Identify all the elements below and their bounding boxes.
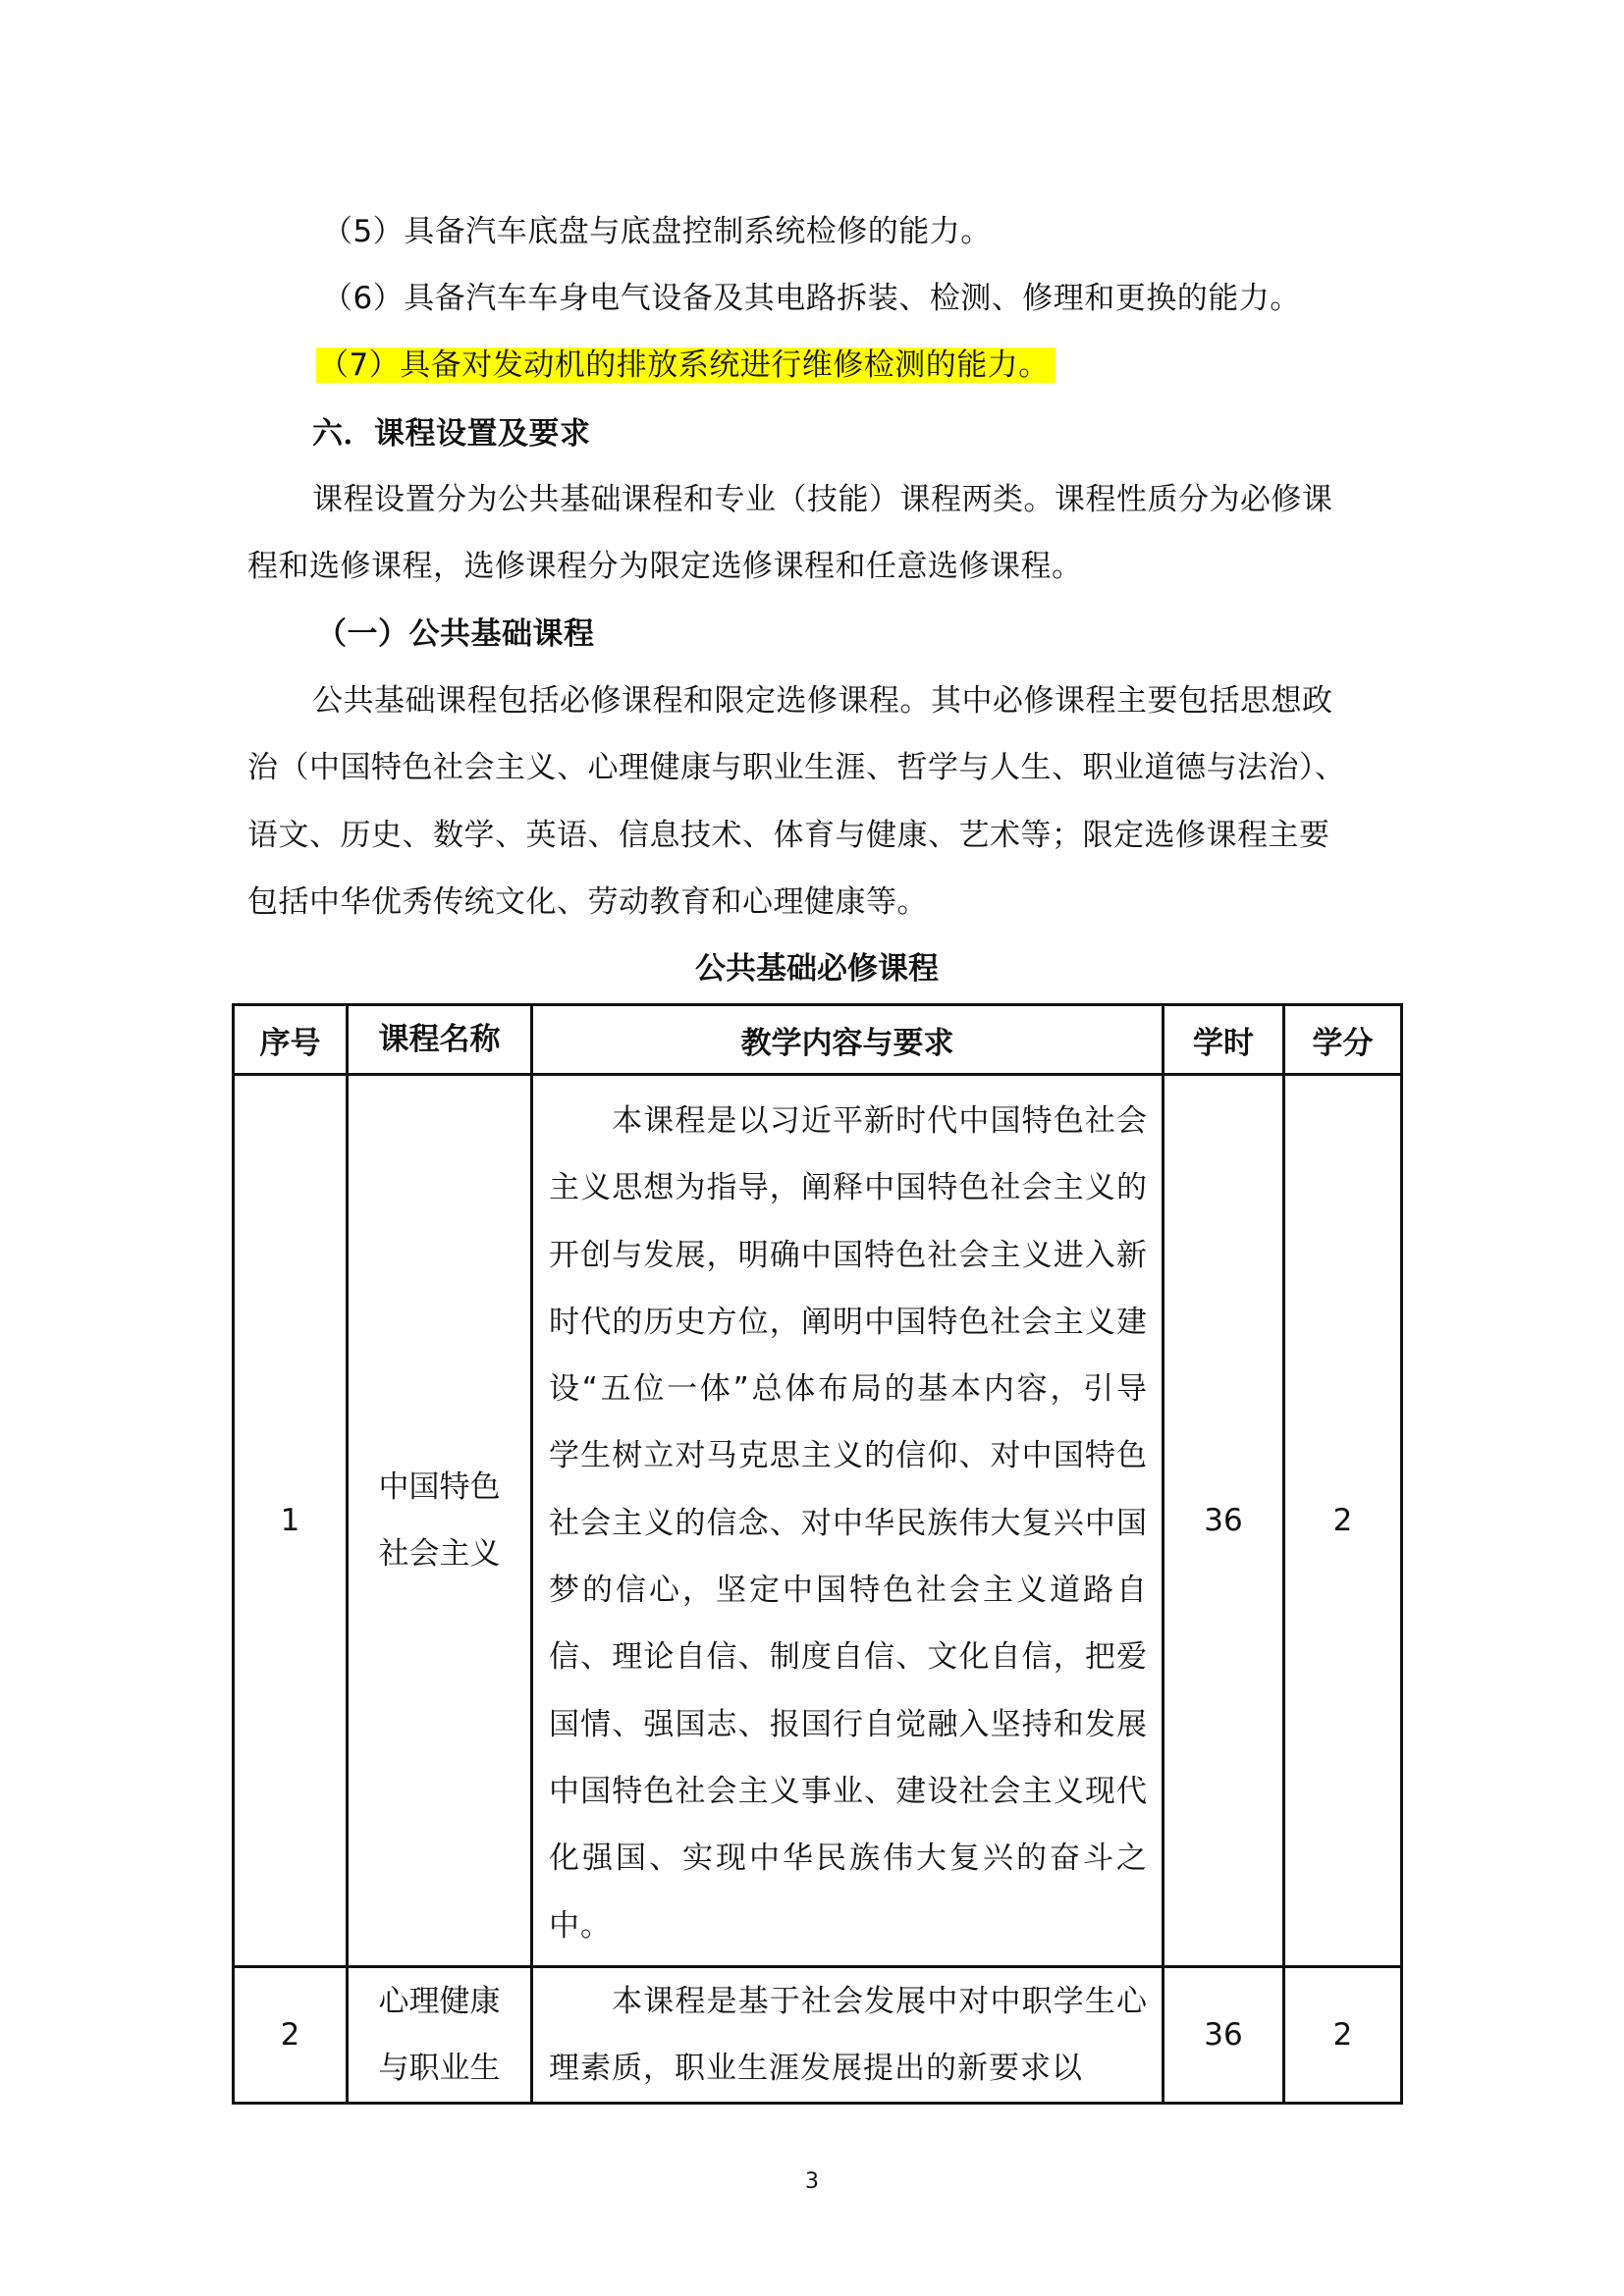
- table-row: 1 中国特色 社会主义 本课程是以习近平新时代中国特色社会主义思想为指导，阐释中…: [234, 1075, 1402, 1967]
- header-index: 序号: [234, 1005, 348, 1075]
- cell-index: 2: [234, 1966, 348, 2104]
- cell-credits: 2: [1284, 1966, 1402, 2104]
- subsection-heading: （一）公共基础课程: [316, 613, 595, 656]
- cell-name-line-2: 社会主义: [379, 1521, 501, 1587]
- cell-name: 中国特色 社会主义: [348, 1075, 532, 1967]
- cell-credits: 2: [1284, 1075, 1402, 1967]
- basic-paragraph-line-3: 语文、历史、数学、英语、信息技术、体育与健康、艺术等；限定选修课程主要: [247, 814, 1330, 857]
- basic-paragraph-line-4: 包括中华优秀传统文化、劳动教育和心理健康等。: [247, 881, 928, 924]
- highlighted-text: （7）具备对发动机的排放系统进行维修检测的能力。: [316, 347, 1056, 383]
- ability-item-6: （6）具备汽车车身电气设备及其电路拆装、检测、修理和更换的能力。: [322, 277, 1301, 320]
- cell-name-line-1: 心理健康: [379, 1968, 501, 2035]
- intro-paragraph-line-2: 程和选修课程，选修课程分为限定选修课程和任意选修课程。: [247, 545, 1083, 588]
- cell-hours: 36: [1164, 1966, 1284, 2104]
- header-name: 课程名称: [348, 1005, 532, 1075]
- basic-paragraph-line-2: 治（中国特色社会主义、心理健康与职业生涯、哲学与人生、职业道德与法治）、: [247, 746, 1346, 789]
- cell-content-text: 本课程是基于社会发展中对中职学生心理素质，职业生涯发展提出的新要求以: [549, 1984, 1148, 2086]
- table-caption: 公共基础必修课程: [232, 947, 1402, 990]
- page-number: 3: [802, 2169, 822, 2194]
- course-table: 序号 课程名称 教学内容与要求 学时 学分 1 中国特色 社会主义 本课程是以习…: [232, 1003, 1403, 2105]
- basic-paragraph-line-1: 公共基础课程包括必修课程和限定选修课程。其中必修课程主要包括思想政: [312, 679, 1333, 722]
- cell-name: 心理健康 与职业生: [348, 1966, 532, 2104]
- intro-paragraph-line-1: 课程设置分为公共基础课程和专业（技能）课程两类。课程性质分为必修课: [312, 478, 1333, 521]
- header-content: 教学内容与要求: [532, 1005, 1164, 1075]
- cell-content-text: 本课程是以习近平新时代中国特色社会主义思想为指导，阐释中国特色社会主义的开创与发…: [549, 1103, 1148, 1944]
- ability-item-7: （7）具备对发动机的排放系统进行维修检测的能力。: [316, 344, 1056, 387]
- cell-name-line-2: 与职业生: [379, 2035, 501, 2102]
- cell-content: 本课程是以习近平新时代中国特色社会主义思想为指导，阐释中国特色社会主义的开创与发…: [532, 1075, 1164, 1967]
- table-header-row: 序号 课程名称 教学内容与要求 学时 学分: [234, 1005, 1402, 1075]
- table-row: 2 心理健康 与职业生 本课程是基于社会发展中对中职学生心理素质，职业生涯发展提…: [234, 1966, 1402, 2104]
- header-credits: 学分: [1284, 1005, 1402, 1075]
- section-heading: 六．课程设置及要求: [312, 412, 591, 455]
- cell-hours: 36: [1164, 1075, 1284, 1967]
- header-hours: 学时: [1164, 1005, 1284, 1075]
- cell-content: 本课程是基于社会发展中对中职学生心理素质，职业生涯发展提出的新要求以: [532, 1966, 1164, 2104]
- cell-name-line-1: 中国特色: [379, 1454, 501, 1521]
- ability-item-5: （5）具备汽车底盘与底盘控制系统检修的能力。: [322, 210, 992, 253]
- cell-index: 1: [234, 1075, 348, 1967]
